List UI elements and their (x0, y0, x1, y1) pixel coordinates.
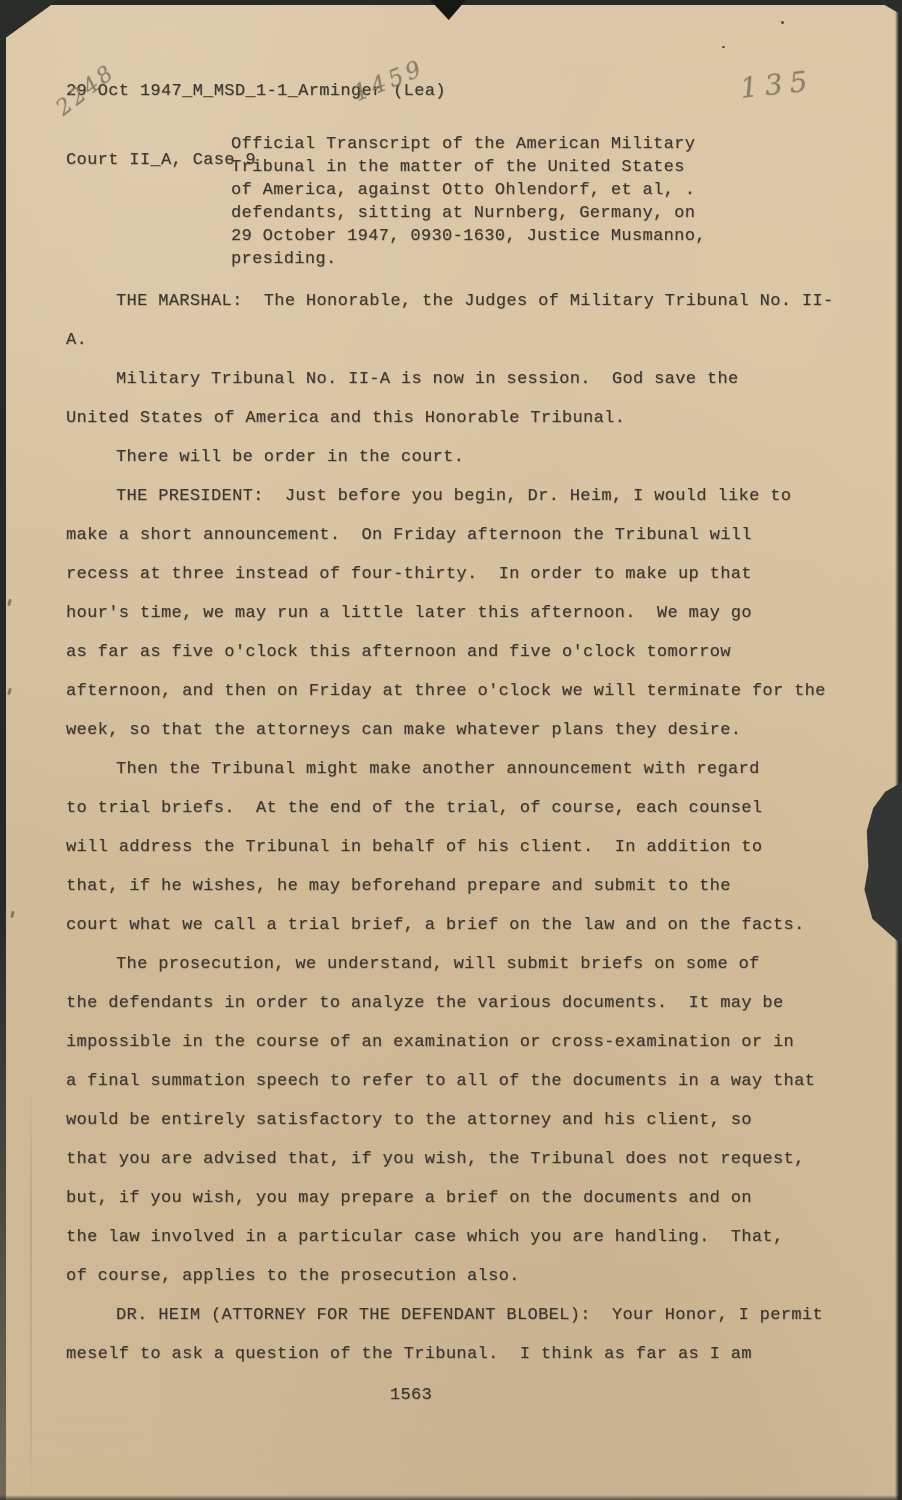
transcript-line: that, if he wishes, he may beforehand pr… (66, 867, 866, 906)
transcript-line: There will be order in the court. (66, 438, 866, 477)
transcript-line: but, if you wish, you may prepare a brie… (66, 1179, 866, 1218)
transcript-line: the law involved in a particular case wh… (66, 1218, 866, 1257)
scan-edge-right (895, 0, 902, 1500)
transcript-line: that you are advised that, if you wish, … (66, 1140, 866, 1179)
scan-edge-left (0, 0, 6, 1500)
transcript-line: week, so that the attorneys can make wha… (66, 711, 866, 750)
transcript-line: recess at three instead of four-thirty. … (66, 555, 866, 594)
transcript-line: United States of America and this Honora… (66, 399, 866, 438)
caption-line: presiding. (231, 248, 706, 271)
transcript-line: hour's time, we may run a little later t… (66, 594, 866, 633)
transcript-line: impossible in the course of an examinati… (66, 1023, 866, 1062)
scanned-transcript-page: 29 Oct 1947_M_MSD_1-1_Arminger (Lea) Cou… (0, 0, 902, 1500)
transcript-line: Then the Tribunal might make another ann… (66, 750, 866, 789)
paper-speck (722, 46, 725, 48)
transcript-line: court what we call a trial brief, a brie… (66, 906, 866, 945)
transcript-line: to trial briefs. At the end of the trial… (66, 789, 866, 828)
caption-line: 29 October 1947, 0930-1630, Justice Musm… (231, 225, 706, 248)
transcript-line: as far as five o'clock this afternoon an… (66, 633, 866, 672)
paper-speck (781, 21, 784, 24)
caption-block: Official Transcript of the American Mili… (231, 133, 706, 271)
transcript-line: THE MARSHAL: The Honorable, the Judges o… (66, 282, 866, 321)
caption-line: Official Transcript of the American Mili… (231, 133, 706, 156)
transcript-line: The prosecution, we understand, will sub… (66, 945, 866, 984)
transcript-line: the defendants in order to analyze the v… (66, 984, 866, 1023)
paper-crease (30, 1080, 32, 1500)
transcript-line: of course, applies to the prosecution al… (66, 1257, 866, 1296)
caption-line: of America, against Otto Ohlendorf, et a… (231, 179, 706, 202)
transcript-body: THE MARSHAL: The Honorable, the Judges o… (66, 282, 866, 1374)
transcript-line: a final summation speech to refer to all… (66, 1062, 866, 1101)
caption-line: Tribunal in the matter of the United Sta… (231, 156, 706, 179)
transcript-line: would be entirely satisfactory to the at… (66, 1101, 866, 1140)
transcript-line: will address the Tribunal in behalf of h… (66, 828, 866, 867)
transcript-line: Military Tribunal No. II-A is now in ses… (66, 360, 866, 399)
transcript-line: afternoon, and then on Friday at three o… (66, 672, 866, 711)
caption-line: defendants, sitting at Nurnberg, Germany… (231, 202, 706, 225)
transcript-line: A. (66, 321, 866, 360)
scan-edge-bottom (0, 1495, 902, 1500)
transcript-line: make a short announcement. On Friday aft… (66, 516, 866, 555)
transcript-line: DR. HEIM (ATTORNEY FOR THE DEFENDANT BLO… (66, 1296, 866, 1335)
transcript-line: THE PRESIDENT: Just before you begin, Dr… (66, 477, 866, 516)
page-number: 1563 (66, 1386, 756, 1405)
transcript-line: meself to ask a question of the Tribunal… (66, 1335, 866, 1374)
